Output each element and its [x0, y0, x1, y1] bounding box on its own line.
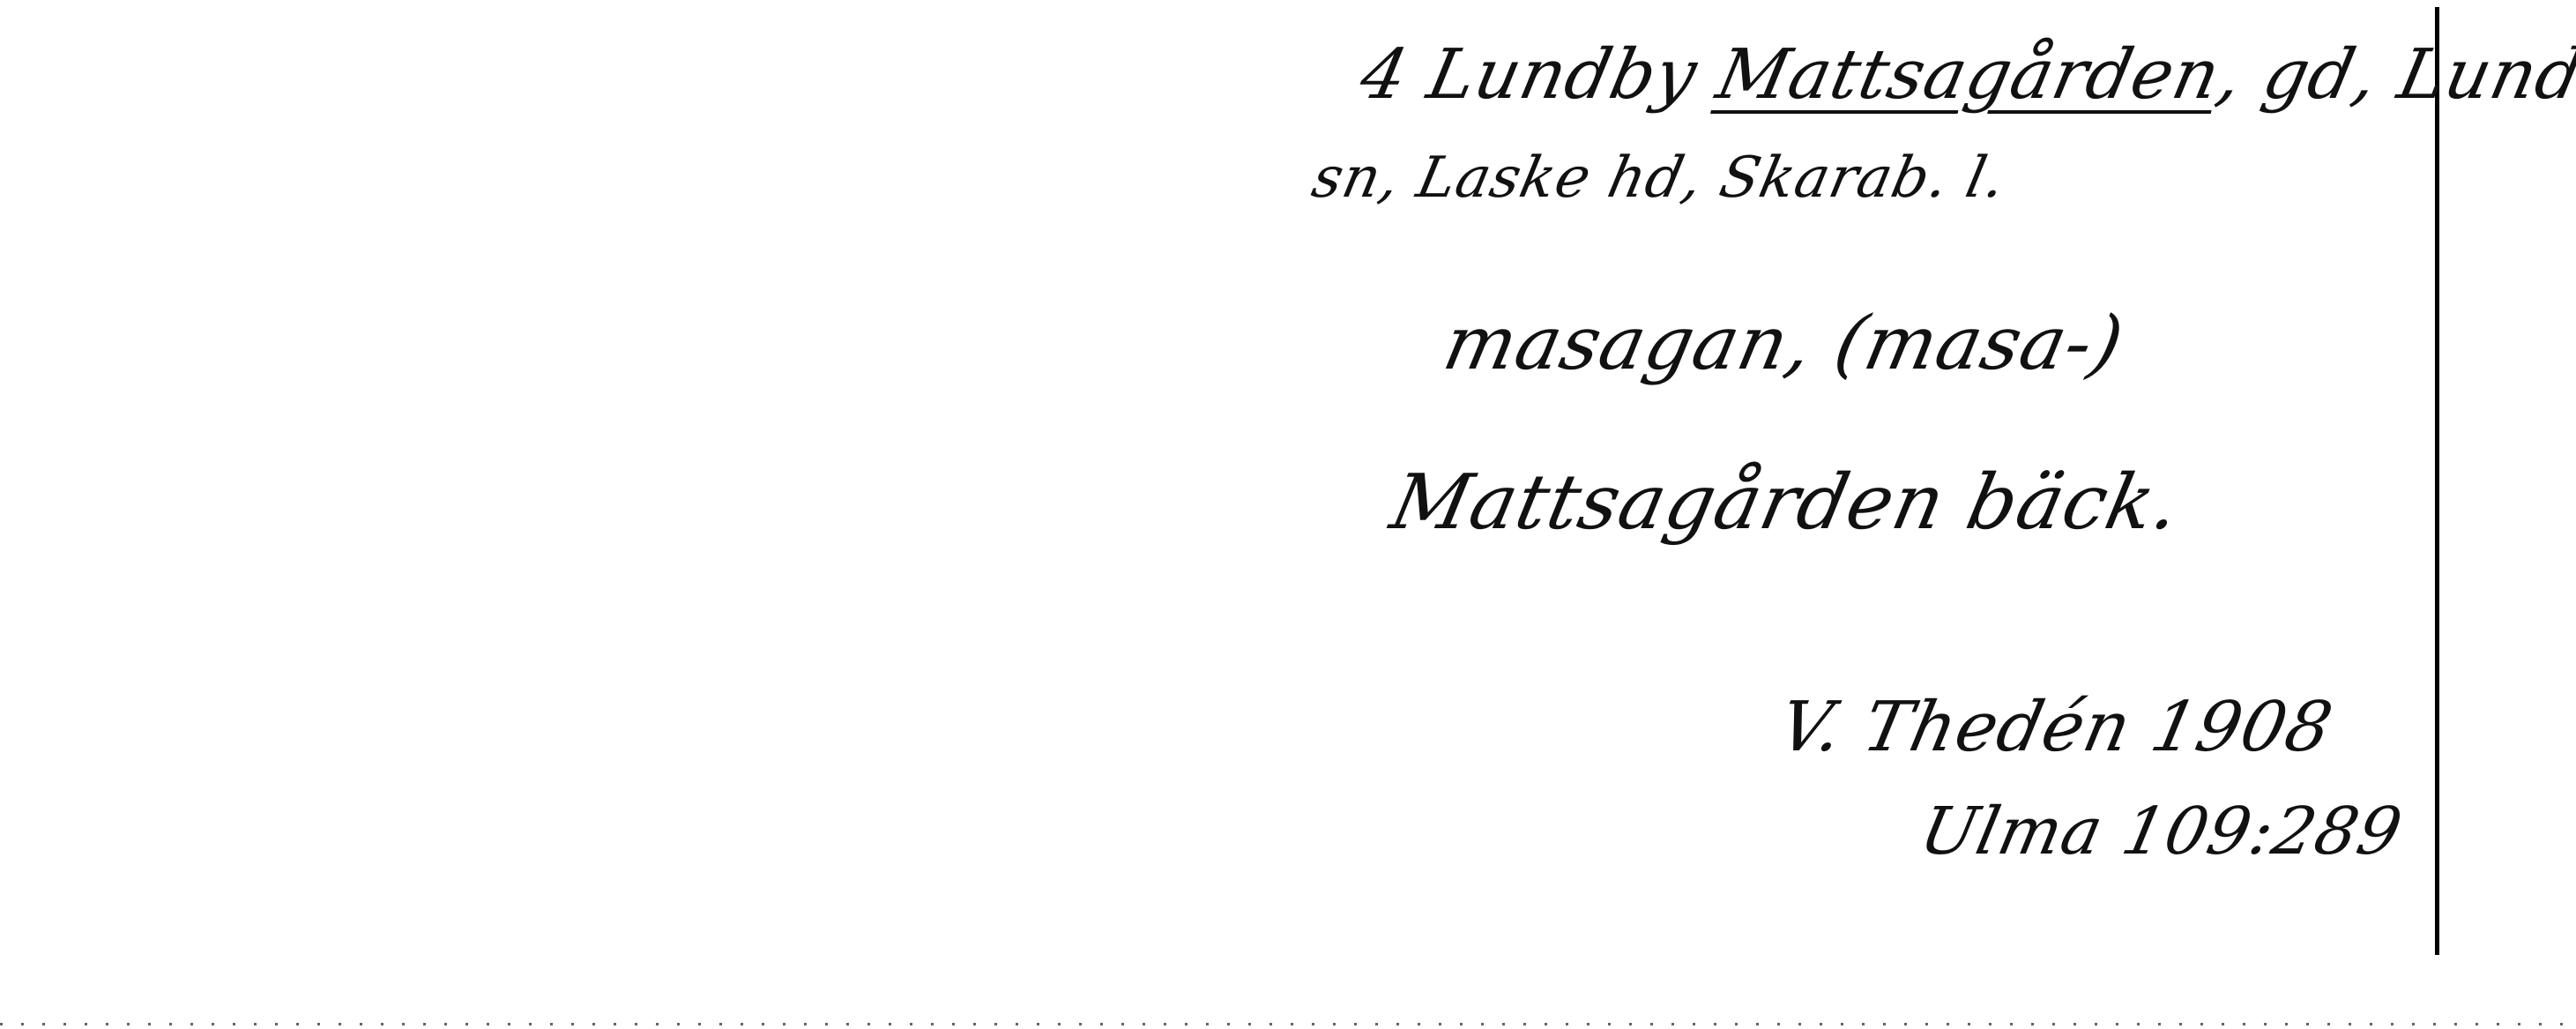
heading-prefix: 4 Lundby	[1353, 35, 1704, 115]
location-line: sn, Laske hd, Skarab. l.	[1307, 145, 2012, 211]
heading-suffix: , gd, Lundby	[2210, 35, 2576, 115]
heading-line: 4 Lundby Mattsagården, gd, Lundby	[1353, 35, 2576, 115]
entry-line: Mattsagården bäck.	[1383, 459, 2188, 547]
heading-place-name: Mattsagården	[1710, 35, 2228, 115]
pronunciation-line: masagan, (masa-)	[1437, 300, 2132, 386]
collector-line: V. Thedén 1908	[1772, 688, 2339, 767]
scan-edge-noise	[0, 1023, 2576, 1025]
archive-reference: Ulma 109:289	[1914, 794, 2409, 869]
card-right-border	[2435, 7, 2439, 955]
